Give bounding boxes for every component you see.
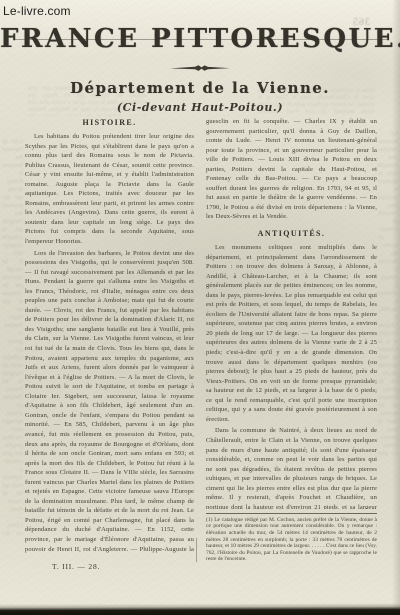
bleedthrough-left-margin: Lors de l'invasion des barbares, le Poit… bbox=[2, 138, 23, 538]
histoire-paragraph-2-continuation: guesclin en fit la conquête. — Charles I… bbox=[206, 117, 377, 222]
signature-mark: T. III. — 28. bbox=[52, 562, 100, 571]
masthead-title-text: FRANCE PITTORESQUE. bbox=[0, 24, 400, 54]
page-title: Département de la Vienne. bbox=[0, 79, 400, 97]
footnote-text: (1) Le catalogue rédigé par M. Cochon, a… bbox=[206, 517, 377, 563]
antiquites-heading: ANTIQUITÉS. bbox=[206, 229, 377, 239]
footnote-block: (1) Le catalogue rédigé par M. Cochon, a… bbox=[206, 513, 377, 563]
text-columns: HISTOIRE. Les habitans du Poitou prétend… bbox=[25, 117, 377, 563]
watermark-text: Le-livre.com bbox=[3, 4, 71, 18]
divider-ornament-icon bbox=[0, 59, 400, 77]
left-column: HISTOIRE. Les habitans du Poitou prétend… bbox=[25, 117, 194, 555]
histoire-paragraph-2: Lors de l'invasion des barbares, le Poit… bbox=[25, 249, 194, 555]
histoire-paragraph-1: Les habitans du Poitou prétendent tirer … bbox=[25, 132, 194, 247]
right-column-flow: guesclin en fit la conquête. — Charles I… bbox=[206, 117, 377, 509]
histoire-heading: HISTOIRE. bbox=[25, 118, 194, 128]
right-column: guesclin en fit la conquête. — Charles I… bbox=[206, 117, 377, 563]
scanned-book-page: Lors de l'invasion des barbares, le Poit… bbox=[0, 0, 400, 615]
masthead-title: FRANCE PITTORESQUE. bbox=[0, 24, 400, 54]
scan-bottom-edge bbox=[0, 603, 400, 615]
page-subtitle: (Ci-devant Haut-Poitou.) bbox=[0, 101, 400, 114]
antiquites-paragraph-1: Les monumens celtiques sont multipliés d… bbox=[206, 243, 377, 424]
footnote-rule bbox=[206, 513, 377, 514]
antiquites-paragraph-2: Dans la commune de Naintré, à deux lieue… bbox=[206, 426, 377, 509]
column-gap-rule bbox=[196, 538, 197, 562]
scan-right-edge-shadow bbox=[392, 0, 400, 615]
